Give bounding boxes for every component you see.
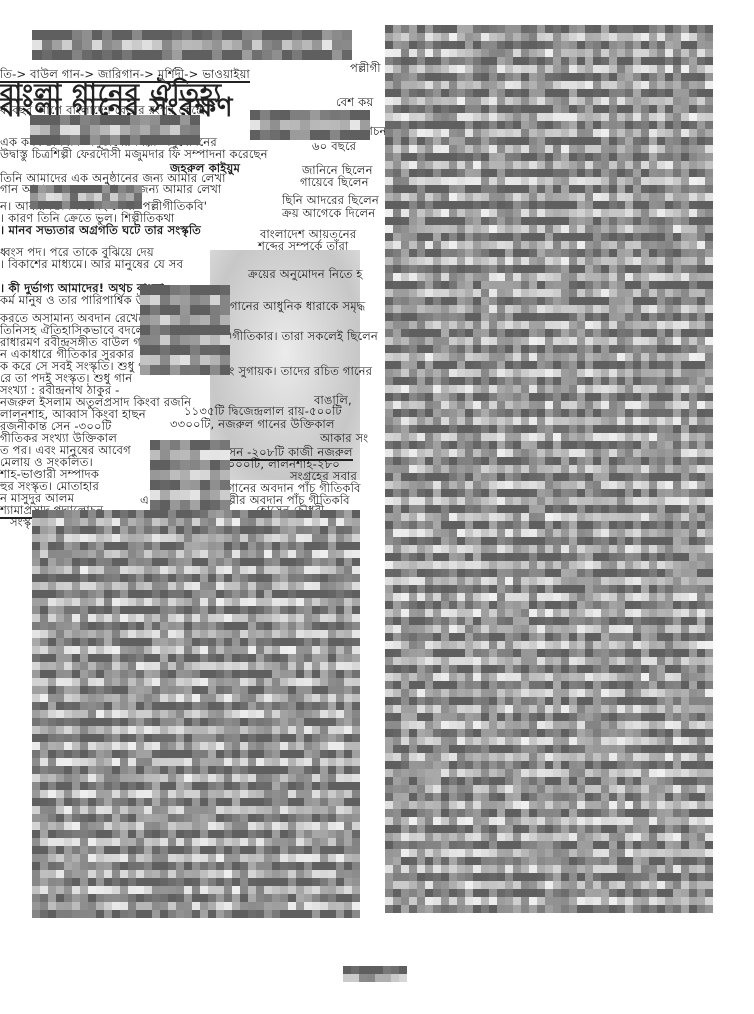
text-line: উদ্বাস্তু চিত্রশিল্পী ফেরদৌসী মজুমদার ফি… <box>0 148 268 161</box>
text-line: । মানব সভ্যতার অগ্রগতি ঘটে তার সংস্কৃতি <box>0 224 201 237</box>
text-line: এবং সুগায়ক। তাদের রচিত গানের <box>214 365 372 378</box>
text-line: পঞ্চগীতিকার। তারা সকলেই ছিলেন <box>214 330 378 343</box>
title-mosaic <box>32 30 352 60</box>
page-number-mosaic <box>343 966 407 982</box>
collage-mosaic-e <box>250 110 370 140</box>
text-line: শব্দের সম্পর্কে তাঁরা <box>258 240 348 253</box>
text-line: পল্লীগী <box>350 62 381 75</box>
collage-mosaic-a <box>30 115 200 145</box>
text-line: গায়েবে ছিলেন <box>300 176 369 189</box>
collage-mosaic-d <box>150 440 230 510</box>
text-line: গানের আধুনিক ধারাকে সমৃদ্ধ <box>230 300 365 313</box>
text-line: ক্রয় আগেকে দিলেন <box>282 207 375 220</box>
text-line: আকার সং <box>320 432 368 445</box>
right-column-mosaic <box>385 25 713 913</box>
text-line: ক্রয়ের অনুমোদন নিতে হ <box>248 268 363 281</box>
text-line: বেশ কয় <box>336 96 373 109</box>
text-line: ৩৩০০টি, নজরুল গানের উক্তিকাল <box>170 418 335 431</box>
collage-mosaic-b <box>30 185 142 209</box>
collage-mosaic-c <box>140 285 230 375</box>
left-column-mosaic <box>32 510 360 918</box>
text-line: । বিকাশের মাধ্যমে। আর মানুষের যে সব <box>0 258 183 271</box>
text-line: ৬০ বছরে <box>312 140 356 153</box>
